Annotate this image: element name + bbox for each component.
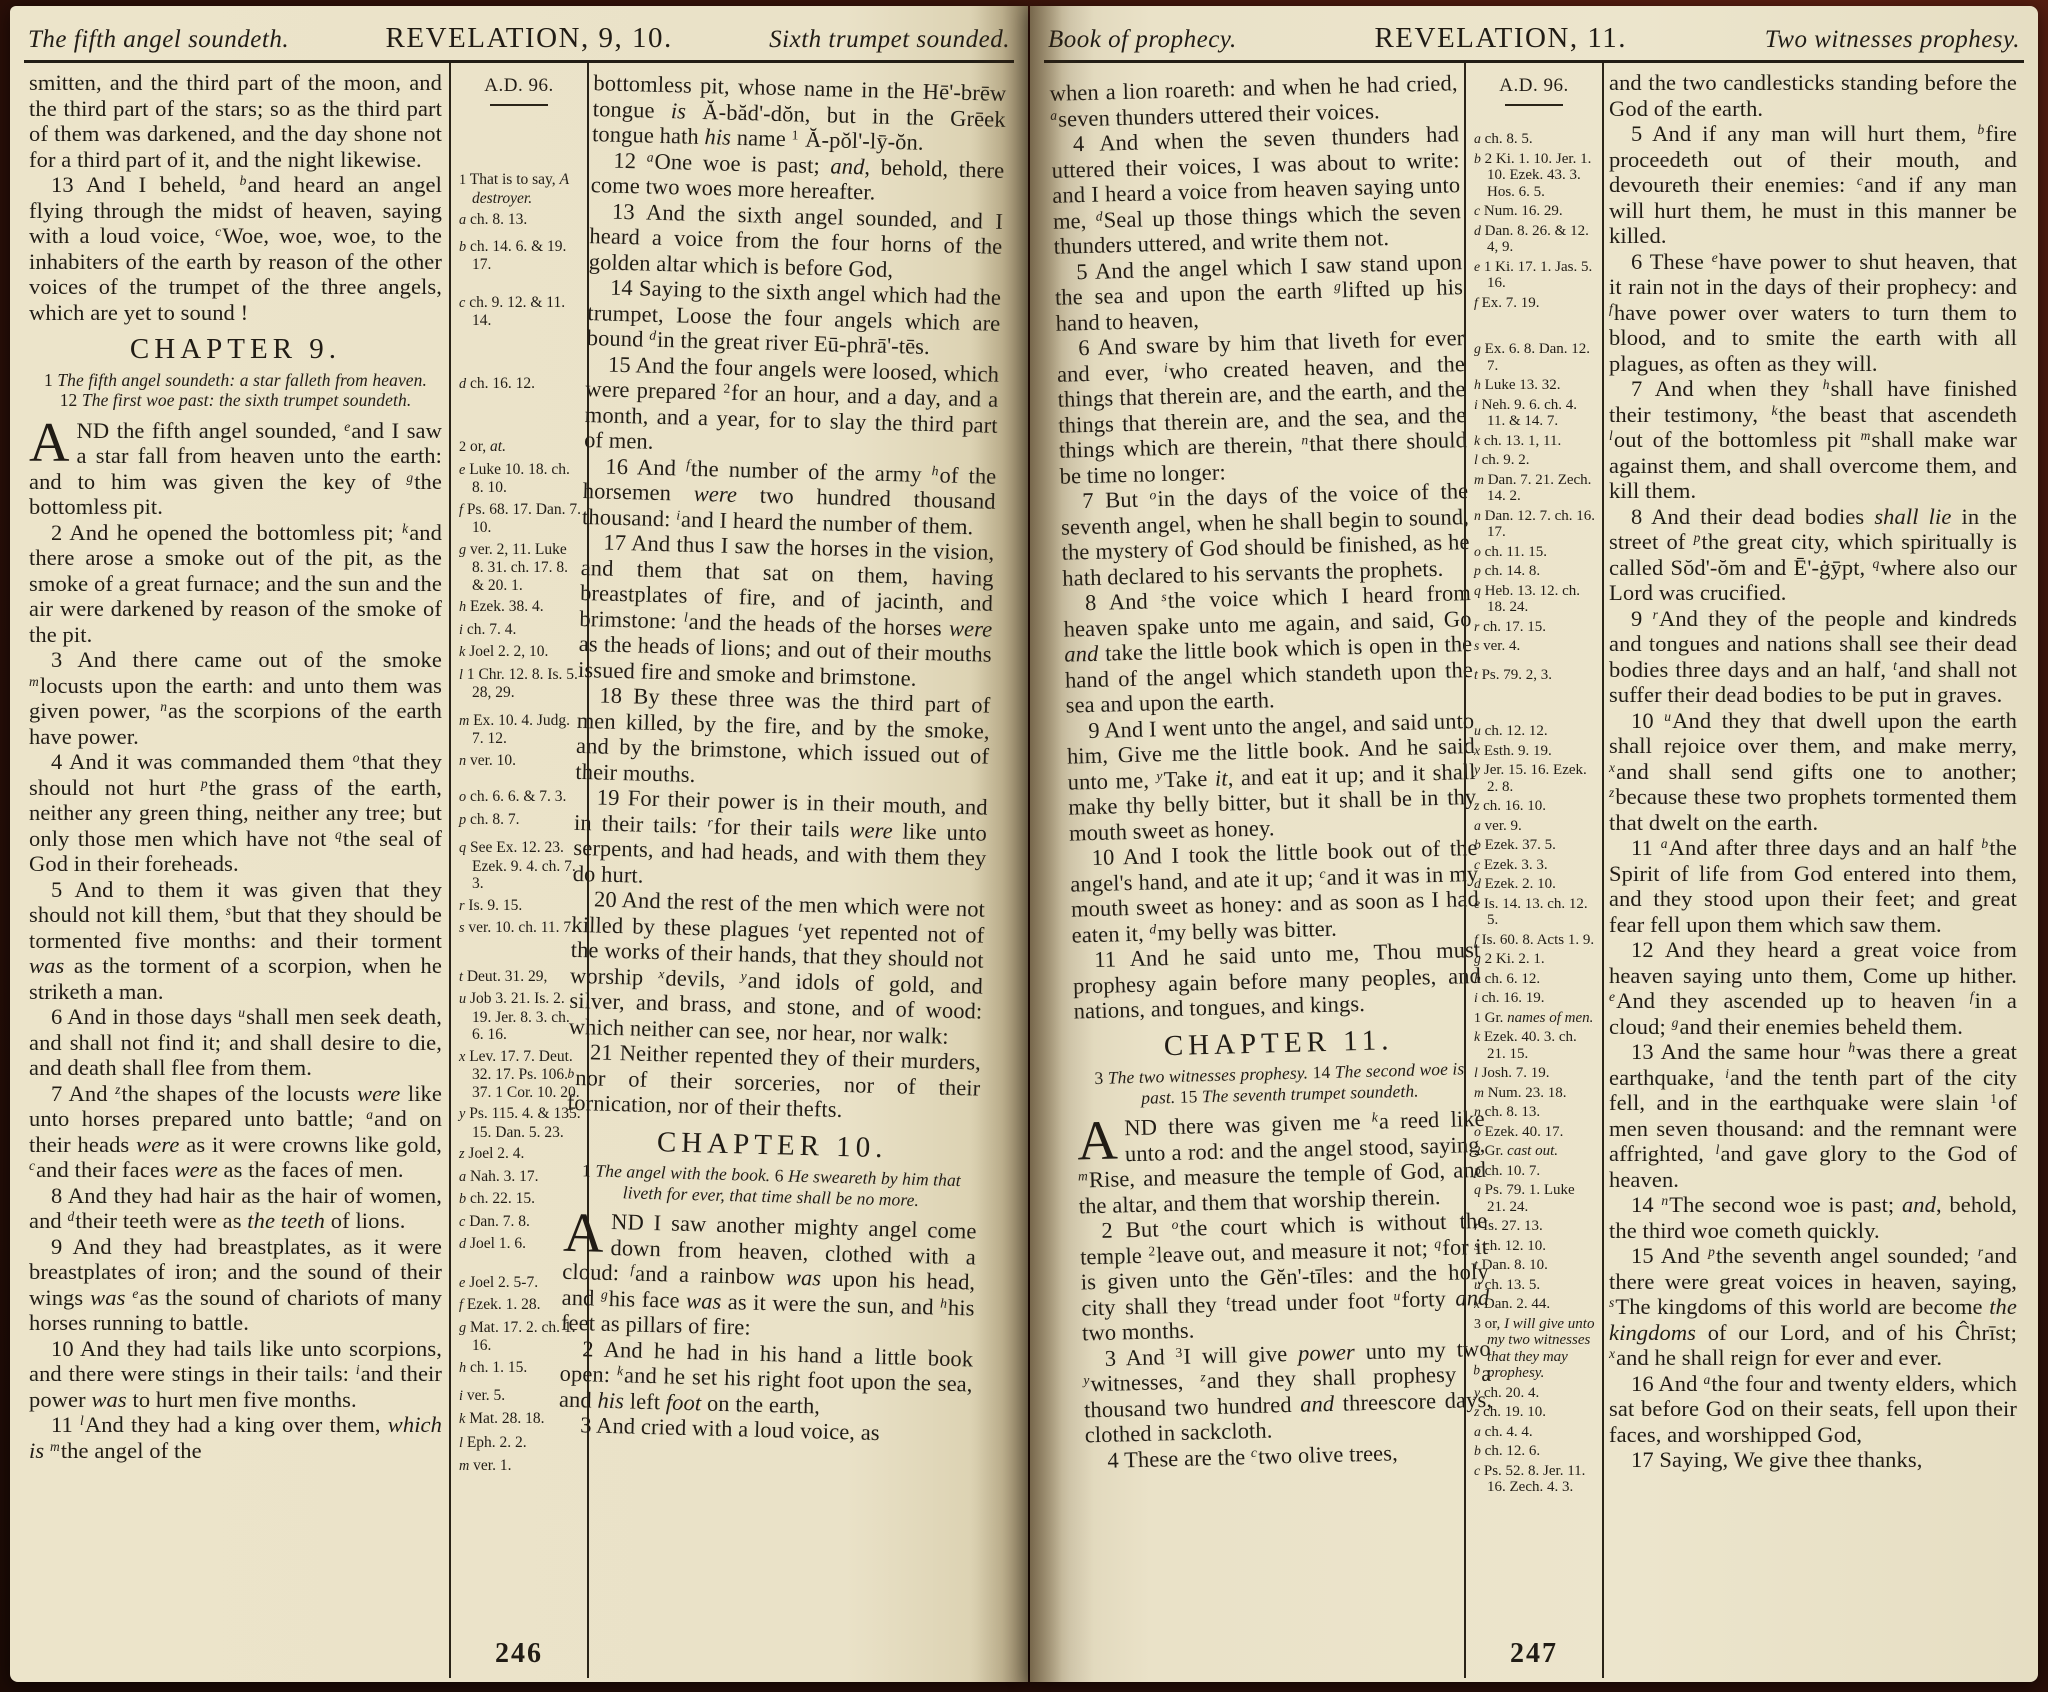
margin-note: m Dan. 7. 21. Zech. 14. 2. bbox=[1474, 472, 1596, 505]
verse-paragraph: 20 And the rest of the men which were no… bbox=[568, 886, 985, 1050]
margin-note: d Dan. 8. 26. & 12. 4, 9. bbox=[1474, 223, 1596, 256]
verse-paragraph: 11 And he said unto me, Thou must prophe… bbox=[1072, 937, 1482, 1024]
right-page-text-column-1: when a lion roareth: and when he had cri… bbox=[1044, 63, 1506, 1678]
note-key: c bbox=[1474, 203, 1480, 218]
verse-paragraph: 12 And they heard a great voice from hea… bbox=[1609, 937, 2017, 1039]
margin-note: k Ezek. 40. 3. ch. 21. 15. bbox=[1474, 1029, 1596, 1062]
note-key: z bbox=[1474, 798, 1479, 813]
cross-ref-mark: i bbox=[676, 507, 680, 522]
note-key: r bbox=[1474, 619, 1479, 634]
cross-ref-mark: n bbox=[1661, 1193, 1668, 1208]
margin-note: p ch. 10. 7. bbox=[1474, 1163, 1596, 1180]
margin-note: f Is. 60. 8. Acts 1. 9. bbox=[1474, 932, 1596, 949]
margin-note: l ch. 9. 2. bbox=[1474, 452, 1596, 469]
note-key: f bbox=[1474, 295, 1478, 310]
margin-note: o ch. 11. 15. bbox=[1474, 544, 1596, 561]
margin-note: 2 Gr. cast out. bbox=[1474, 1143, 1596, 1160]
right-page-reference-column: A.D. 96. a ch. 8. 5.b 2 Ki. 1. 10. Jer. … bbox=[1464, 63, 1604, 1678]
verse-paragraph: 2 But othe court which is without the te… bbox=[1079, 1208, 1490, 1346]
note-key: p bbox=[459, 812, 466, 828]
margin-note: s ver. 4. bbox=[1474, 638, 1596, 655]
cross-ref-mark: c bbox=[1251, 1444, 1257, 1459]
verse-paragraph: 13 And the sixth angel sounded, and I he… bbox=[588, 198, 1003, 285]
cross-ref-mark: b bbox=[240, 173, 247, 188]
cross-ref-mark: e bbox=[1712, 250, 1718, 265]
note-key: o bbox=[1474, 544, 1481, 559]
cross-ref-mark: t bbox=[1893, 658, 1897, 673]
cross-ref-mark: a bbox=[1703, 1372, 1710, 1387]
margin-note: u ch. 13. 5. bbox=[1474, 1277, 1596, 1294]
note-key: 3 bbox=[1474, 1316, 1481, 1331]
verse-paragraph: 18 By these three was the third part of … bbox=[575, 682, 991, 795]
drop-cap: A bbox=[29, 418, 77, 465]
cross-ref-mark: l bbox=[1609, 428, 1613, 443]
cross-ref-mark: f bbox=[1609, 301, 1613, 316]
margin-note: g Ex. 6. 8. Dan. 12. 7. bbox=[1474, 341, 1596, 374]
cross-ref-mark: h bbox=[1848, 1040, 1855, 1055]
cross-ref-mark: o bbox=[1149, 487, 1156, 502]
verse-paragraph: 11 lAnd they had a king over them, which… bbox=[29, 1412, 442, 1463]
footnote-mark: 2 bbox=[1148, 1243, 1155, 1258]
cross-ref-mark: s bbox=[226, 903, 231, 918]
note-key: l bbox=[1474, 1065, 1478, 1080]
cross-ref-mark: k bbox=[617, 1363, 623, 1378]
cross-ref-mark: q bbox=[1872, 556, 1879, 571]
verse-paragraph: 13 And I beheld, band heard an angel fly… bbox=[29, 172, 442, 325]
cross-ref-mark: f bbox=[630, 1262, 634, 1277]
note-key: d bbox=[1474, 223, 1481, 238]
note-key: y bbox=[459, 1106, 465, 1122]
cross-ref-mark: m bbox=[1078, 1168, 1088, 1183]
verse-paragraph: 5 And to them it was given that they sho… bbox=[29, 877, 442, 1005]
page-right: Book of prophecy. REVELATION, 11. Two wi… bbox=[1030, 6, 2038, 1682]
chapter-heading: CHAPTER 10. bbox=[565, 1127, 979, 1163]
note-key: t bbox=[1474, 1257, 1478, 1272]
margin-note: i Neh. 9. 6. ch. 4. 11. & 14. 7. bbox=[1474, 397, 1596, 430]
note-key: h bbox=[459, 1360, 466, 1376]
running-head-book-title: REVELATION, 9, 10. bbox=[386, 22, 673, 55]
note-key: d bbox=[459, 376, 466, 392]
note-key: a bbox=[1474, 1424, 1481, 1439]
note-key: i bbox=[459, 622, 463, 638]
margin-note: b 2 Ki. 1. 10. Jer. 1. 10. Ezek. 43. 3. … bbox=[1474, 151, 1596, 201]
cross-ref-mark: t bbox=[1226, 1292, 1230, 1307]
margin-note: g 2 Ki. 2. 1. bbox=[1474, 951, 1596, 968]
cross-ref-mark: e bbox=[1609, 989, 1615, 1004]
note-key: y bbox=[1474, 1385, 1480, 1400]
verse-paragraph: 3 And there came out of the smoke mlocus… bbox=[29, 647, 442, 749]
running-head-summary-right: Sixth trumpet sounded. bbox=[769, 26, 1010, 54]
margin-note: y Jer. 15. 16. Ezek. 2. 8. bbox=[1474, 762, 1596, 795]
margin-note: i ch. 16. 19. bbox=[1474, 990, 1596, 1007]
date-heading-rule bbox=[490, 104, 548, 106]
note-key: m bbox=[459, 713, 469, 729]
cross-ref-mark: f bbox=[686, 456, 690, 471]
margin-note: b Ezek. 37. 5. bbox=[1474, 837, 1596, 854]
note-key: x bbox=[1474, 743, 1480, 758]
margin-note: s ver. 10. ch. 11. 7. bbox=[459, 919, 581, 938]
margin-note: c Num. 16. 29. bbox=[1474, 203, 1596, 220]
cross-ref-mark: x bbox=[658, 966, 664, 981]
date-heading: A.D. 96. bbox=[451, 63, 587, 97]
margin-note: r ch. 17. 15. bbox=[1474, 619, 1596, 636]
note-key: g bbox=[459, 542, 466, 558]
continuation-paragraph: smitten, and the third part of the moon,… bbox=[29, 70, 442, 172]
cross-ref-mark: p bbox=[1694, 530, 1701, 545]
cross-ref-mark: y bbox=[1156, 768, 1162, 783]
verse-paragraph: 9 And I went unto the angel, and said un… bbox=[1066, 707, 1477, 845]
cross-ref-mark: b bbox=[1978, 122, 1985, 137]
margin-note: o ch. 6. 6. & 7. 3. bbox=[459, 788, 581, 807]
note-key: s bbox=[1474, 638, 1479, 653]
cross-ref-mark: a bbox=[1050, 107, 1057, 122]
margin-note: p ch. 8. 7. bbox=[459, 811, 581, 830]
cross-ref-mark: k bbox=[402, 521, 408, 536]
margin-note: 3 or, I will give unto my two witnesses … bbox=[1474, 1316, 1596, 1382]
cross-ref-mark: r bbox=[1653, 607, 1658, 622]
verse-paragraph: 21 Neither repented they of their murder… bbox=[566, 1039, 981, 1126]
chapter-heading: CHAPTER 11. bbox=[1074, 1025, 1483, 1061]
verse-paragraph: 10 uAnd they that dwell upon the earth s… bbox=[1609, 708, 2017, 836]
cross-ref-mark: s bbox=[1161, 589, 1167, 604]
margin-note: a ch. 8. 13. bbox=[459, 211, 581, 230]
note-key: g bbox=[459, 1320, 466, 1336]
cross-ref-mark: x bbox=[1609, 1346, 1615, 1361]
margin-note: q See Ex. 12. 23. Ezek. 9. 4. ch. 7. 3. bbox=[459, 839, 581, 893]
note-key: e bbox=[459, 1275, 465, 1291]
cross-ref-mark: k bbox=[1372, 1110, 1378, 1125]
cross-ref-mark: c bbox=[1857, 173, 1863, 188]
margin-note: h ch. 6. 12. bbox=[1474, 971, 1596, 988]
note-key: a bbox=[1474, 818, 1481, 833]
note-key: f bbox=[459, 1297, 463, 1313]
verse-paragraph: 2 And he had in his hand a little book o… bbox=[559, 1335, 974, 1422]
margin-note: t Dan. 8. 10. bbox=[1474, 1257, 1596, 1274]
note-key: h bbox=[1474, 377, 1481, 392]
cross-ref-mark: o bbox=[353, 750, 360, 765]
margin-note: c Ezek. 3. 3. bbox=[1474, 857, 1596, 874]
margin-note: c ch. 9. 12. & 11. 14. bbox=[459, 294, 581, 330]
cross-ref-mark: p bbox=[201, 776, 208, 791]
note-key: q bbox=[459, 840, 466, 856]
margin-note: d ch. 16. 12. bbox=[459, 375, 581, 394]
cross-ref-mark: l bbox=[1716, 1142, 1720, 1157]
note-key: m bbox=[1474, 1085, 1484, 1100]
note-key: r bbox=[1474, 1218, 1479, 1233]
cross-ref-mark: z bbox=[115, 1082, 120, 1097]
note-key: b bbox=[459, 239, 466, 255]
margin-notes-list: a ch. 8. 5.b 2 Ki. 1. 10. Jer. 1. 10. Ez… bbox=[1466, 125, 1602, 1632]
margin-note: 1 Gr. names of men. bbox=[1474, 1010, 1596, 1027]
note-key: k bbox=[459, 644, 465, 660]
note-key: u bbox=[459, 991, 466, 1007]
note-key: p bbox=[1474, 1163, 1481, 1178]
note-key: o bbox=[459, 789, 466, 805]
cross-ref-mark: g bbox=[406, 470, 413, 485]
open-bible-book: The fifth angel soundeth. REVELATION, 9,… bbox=[0, 0, 2048, 1692]
verse-paragraph: 4 And when the seven thunders had uttere… bbox=[1051, 121, 1462, 259]
note-key: b bbox=[1474, 1443, 1481, 1458]
cross-ref-mark: d bbox=[649, 328, 656, 343]
verse-paragraph: 9 And they had breastplates, as it were … bbox=[29, 1234, 442, 1336]
cross-ref-mark: z bbox=[1200, 1369, 1206, 1384]
verse-paragraph: 10 And they had tails like unto scorpion… bbox=[29, 1336, 442, 1413]
running-head-book-title: REVELATION, 11. bbox=[1374, 22, 1627, 55]
note-key: l bbox=[459, 667, 463, 683]
margin-note: f Ex. 7. 19. bbox=[1474, 295, 1596, 312]
chapter-summary: 1 The angel with the book. 6 He sweareth… bbox=[574, 1160, 968, 1211]
margin-note: e Is. 14. 13. ch. 12. 5. bbox=[1474, 896, 1596, 929]
verse-paragraph: 6 And sware by him that liveth for ever … bbox=[1056, 325, 1468, 489]
note-key: e bbox=[459, 462, 465, 478]
note-key: c bbox=[459, 295, 465, 311]
verse-paragraph: 14 nThe second woe is past; and, behold,… bbox=[1609, 1192, 2017, 1243]
margin-note: m Num. 23. 18. bbox=[1474, 1085, 1596, 1102]
margin-note: k Joel 2. 2, 10. bbox=[459, 643, 581, 662]
margin-note: b ch. 12. 6. bbox=[1474, 1443, 1596, 1460]
margin-note: i ch. 7. 4. bbox=[459, 621, 581, 640]
cross-ref-mark: n bbox=[160, 699, 167, 714]
date-heading: A.D. 96. bbox=[1466, 63, 1602, 97]
note-key: c bbox=[459, 1214, 465, 1230]
note-key: m bbox=[1474, 472, 1484, 487]
margin-note: q Ps. 79. 1. Luke 21. 24. bbox=[1474, 1182, 1596, 1215]
margin-note: u ch. 12. 12. bbox=[1474, 723, 1596, 740]
margin-note: r Is. 9. 15. bbox=[459, 897, 581, 916]
running-head-summary-left: Book of prophecy. bbox=[1048, 26, 1237, 54]
cross-ref-mark: l bbox=[684, 609, 688, 624]
note-key: o bbox=[1474, 1124, 1481, 1139]
margin-note: e 1 Ki. 17. 1. Jas. 5. 16. bbox=[1474, 259, 1596, 292]
cross-ref-mark: k bbox=[1771, 403, 1777, 418]
margin-note: h Luke 13. 32. bbox=[1474, 377, 1596, 394]
note-key: b bbox=[1474, 837, 1481, 852]
cross-ref-mark: m bbox=[1861, 428, 1871, 443]
margin-note: t Deut. 31. 29, bbox=[459, 968, 581, 987]
verse-paragraph: 19 For their power is in their mouth, an… bbox=[572, 784, 988, 897]
cross-ref-mark: c bbox=[29, 1158, 35, 1173]
cross-ref-mark: r bbox=[707, 814, 713, 829]
margin-note: f Ps. 68. 17. Dan. 7. 10. bbox=[459, 501, 581, 537]
cross-ref-mark: e bbox=[132, 1286, 138, 1301]
note-key: 2 bbox=[1474, 1143, 1481, 1158]
verse-paragraph: 6 These ehave power to shut heaven, that… bbox=[1609, 249, 2017, 377]
cross-ref-mark: f bbox=[1970, 989, 1974, 1004]
note-key: 1 bbox=[459, 172, 466, 188]
margin-note: 2 or, at. bbox=[459, 438, 581, 457]
note-key: b bbox=[1474, 151, 1481, 166]
note-key: k bbox=[459, 1411, 465, 1427]
margin-note: l Josh. 7. 19. bbox=[1474, 1065, 1596, 1082]
note-key: t bbox=[1474, 667, 1478, 682]
note-key: k bbox=[1474, 1029, 1480, 1044]
page-left: The fifth angel soundeth. REVELATION, 9,… bbox=[10, 6, 1028, 1682]
cross-ref-mark: a bbox=[366, 1107, 373, 1122]
margin-note: a ver. 9. bbox=[1474, 818, 1596, 835]
margin-note: a ch. 4. 4. bbox=[1474, 1424, 1596, 1441]
note-key: l bbox=[459, 1435, 463, 1451]
verse-paragraph: 14 Saying to the sixth angel which had t… bbox=[586, 274, 1001, 361]
footnote-mark: 3 bbox=[1175, 1344, 1182, 1359]
cross-ref-mark: d bbox=[1096, 208, 1103, 223]
continuation-paragraph: and the two candlesticks standing before… bbox=[1609, 70, 2017, 121]
margin-note: 1 That is to say, A destroyer. bbox=[459, 171, 581, 207]
note-key: s bbox=[459, 920, 465, 936]
cross-ref-mark: h bbox=[940, 1295, 947, 1310]
margin-note: l 1 Chr. 12. 8. Is. 5. 28, 29. bbox=[459, 666, 581, 702]
chapter-heading: CHAPTER 9. bbox=[29, 337, 442, 363]
note-key: x bbox=[1474, 1296, 1480, 1311]
verse-paragraph: 6 And in those days ushall men seek deat… bbox=[29, 1004, 442, 1081]
cross-ref-mark: i bbox=[1725, 1066, 1729, 1081]
cross-ref-mark: q bbox=[1434, 1236, 1441, 1251]
margin-note: x Dan. 2. 44. bbox=[1474, 1296, 1596, 1313]
note-key: u bbox=[1474, 723, 1481, 738]
margin-note: h Ezek. 38. 4. bbox=[459, 598, 581, 617]
cross-ref-mark: n bbox=[1301, 432, 1308, 447]
verse-paragraph: 7 And when they hshall have finished the… bbox=[1609, 376, 2017, 504]
verse-paragraph: 15 And pthe seventh angel sounded; rand … bbox=[1609, 1243, 2017, 1371]
margin-note: n Dan. 12. 7. ch. 16. 17. bbox=[1474, 508, 1596, 541]
cross-ref-mark: g bbox=[601, 1286, 608, 1301]
chapter-summary: 1 The fifth angel soundeth: a star falle… bbox=[39, 370, 432, 411]
chapter-summary: 3 The two witnesses prophesy. 14 The sec… bbox=[1085, 1058, 1474, 1109]
running-header-right-page: Book of prophecy. REVELATION, 11. Two wi… bbox=[1044, 14, 2024, 60]
note-key: z bbox=[1474, 1404, 1479, 1419]
note-key: h bbox=[1474, 971, 1481, 986]
verse-paragraph: 3 And 3I will give power unto my two ywi… bbox=[1082, 1335, 1493, 1448]
page-number: 247 bbox=[1466, 1638, 1602, 1670]
note-key: n bbox=[459, 753, 466, 769]
note-key: a bbox=[459, 1169, 466, 1185]
note-key: z bbox=[459, 1146, 465, 1162]
verse-paragraph: 7 And zthe shapes of the locusts were li… bbox=[29, 1081, 442, 1183]
cross-ref-mark: a bbox=[1661, 836, 1668, 851]
verse-paragraph: 4 And it was commanded them othat they s… bbox=[29, 749, 442, 877]
margin-note: c Ps. 52. 8. Jer. 11. 16. Zech. 4. 3. bbox=[1474, 1463, 1596, 1496]
margin-note: n ch. 8. 13. bbox=[1474, 1104, 1596, 1121]
verse-paragraph: 10 And I took the little book out of the… bbox=[1069, 835, 1480, 948]
note-key: i bbox=[1474, 397, 1478, 412]
note-key: g bbox=[1474, 341, 1481, 356]
drop-cap: A bbox=[1076, 1115, 1125, 1163]
left-page-text-column-2: bottomless pit, whose name in the Hē'-br… bbox=[547, 63, 1014, 1678]
cross-ref-mark: r bbox=[1978, 1244, 1983, 1259]
cross-ref-mark: l bbox=[80, 1413, 84, 1428]
verse-paragraph: 13 And the same hour hwas there a great … bbox=[1609, 1039, 2017, 1192]
verse-paragraph: 9 rAnd they of the people and kindreds a… bbox=[1609, 606, 2017, 708]
cross-ref-mark: y bbox=[741, 968, 747, 983]
date-heading-rule bbox=[1505, 104, 1563, 106]
verse-paragraph: 16 And fthe number of the army hof the h… bbox=[582, 452, 997, 539]
cross-ref-mark: h bbox=[1823, 377, 1830, 392]
cross-ref-mark: t bbox=[798, 918, 802, 933]
drop-cap: A bbox=[563, 1208, 612, 1256]
cross-ref-mark: i bbox=[1164, 359, 1168, 374]
cross-ref-mark: y bbox=[1083, 1372, 1089, 1387]
margin-note: b ch. 14. 6. & 19. 17. bbox=[459, 238, 581, 274]
running-head-summary-right: Two witnesses prophesy. bbox=[1765, 26, 2020, 54]
note-key: f bbox=[459, 502, 463, 518]
verse-paragraph: 5 And the angel which I saw stand upon t… bbox=[1054, 249, 1464, 336]
note-key: x bbox=[459, 1049, 465, 1065]
cross-ref-mark: x bbox=[1609, 760, 1615, 775]
note-key: d bbox=[459, 1236, 466, 1252]
margin-note: t Ps. 79. 2, 3. bbox=[1474, 667, 1596, 684]
note-key: n bbox=[1474, 508, 1481, 523]
cross-ref-mark: g bbox=[1672, 1015, 1679, 1030]
cross-ref-mark: s bbox=[1609, 1295, 1614, 1310]
cross-ref-mark: u bbox=[1664, 709, 1671, 724]
note-key: i bbox=[459, 1388, 463, 1404]
note-key: 1 bbox=[1474, 1010, 1481, 1025]
margin-note: a ch. 8. 5. bbox=[1474, 131, 1596, 148]
note-key: e bbox=[1474, 896, 1480, 911]
note-key: s bbox=[1474, 1238, 1479, 1253]
note-key: b bbox=[459, 1191, 466, 1207]
verse-paragraph: 8 And they had hair as the hair of women… bbox=[29, 1183, 442, 1234]
note-key: a bbox=[1474, 131, 1481, 146]
cross-ref-mark: c bbox=[215, 224, 221, 239]
note-key: c bbox=[1474, 1463, 1480, 1478]
cross-ref-mark: m bbox=[29, 674, 39, 689]
running-head-summary-left: The fifth angel soundeth. bbox=[28, 26, 289, 54]
note-key: h bbox=[459, 599, 466, 615]
cross-ref-mark: z bbox=[1609, 785, 1614, 800]
note-key: q bbox=[1474, 583, 1481, 598]
left-page-text-column-1: smitten, and the third part of the moon,… bbox=[24, 63, 449, 1678]
margin-note: m Ex. 10. 4. Judg. 7. 12. bbox=[459, 712, 581, 748]
footnote-mark: 2 bbox=[723, 381, 730, 396]
note-key: y bbox=[1474, 762, 1480, 777]
note-key: k bbox=[1474, 433, 1480, 448]
cross-ref-mark: d bbox=[1149, 921, 1156, 936]
margin-note: q Heb. 13. 12. ch. 18. 24. bbox=[1474, 583, 1596, 616]
margin-note: g ver. 2, 11. Luke 8. 31. ch. 17. 8. & 2… bbox=[459, 541, 581, 595]
verse-paragraph: 17 And thus I saw the horses in the visi… bbox=[578, 529, 995, 693]
margin-note: e Luke 10. 18. ch. 8. 10. bbox=[459, 461, 581, 497]
cross-ref-mark: a bbox=[647, 149, 654, 164]
note-key: 2 bbox=[459, 439, 466, 455]
cross-ref-mark: q bbox=[335, 827, 342, 842]
cross-ref-mark: g bbox=[1334, 278, 1341, 293]
note-key: a bbox=[459, 212, 466, 228]
drop-cap-paragraph: AND the fifth angel sounded, eand I saw … bbox=[29, 418, 442, 520]
margin-note: d Ezek. 2. 10. bbox=[1474, 876, 1596, 893]
note-key: g bbox=[1474, 951, 1481, 966]
cross-ref-mark: b bbox=[567, 1065, 574, 1080]
margin-note: x Esth. 9. 19. bbox=[1474, 743, 1596, 760]
margin-note: z ch. 16. 10. bbox=[1474, 798, 1596, 815]
cross-ref-mark: p bbox=[1708, 1244, 1715, 1259]
margin-note: n ver. 10. bbox=[459, 752, 581, 771]
verse-paragraph: 8 And sthe voice which I heard from heav… bbox=[1063, 580, 1474, 718]
margin-note: y ch. 20. 4. bbox=[1474, 1385, 1596, 1402]
verse-paragraph: 7 But oin the days of the voice of the s… bbox=[1060, 478, 1471, 591]
drop-cap-paragraph: AND there was given me ka reed like unto… bbox=[1076, 1106, 1487, 1219]
margin-note: z ch. 19. 10. bbox=[1474, 1404, 1596, 1421]
running-header-left-page: The fifth angel soundeth. REVELATION, 9,… bbox=[24, 14, 1014, 60]
verse-paragraph: 11 aAnd after three days and an half bth… bbox=[1609, 835, 2017, 937]
drop-cap-paragraph: AND I saw another mighty angel come down… bbox=[561, 1208, 977, 1346]
verse-paragraph: 16 And athe four and twenty elders, whic… bbox=[1609, 1371, 2017, 1448]
note-key: i bbox=[1474, 990, 1478, 1005]
verse-paragraph: 5 And if any man will hurt them, bfire p… bbox=[1609, 121, 2017, 249]
margin-note: o Ezek. 40. 17. bbox=[1474, 1124, 1596, 1141]
note-key: u bbox=[1474, 1277, 1481, 1292]
note-key: r bbox=[459, 898, 465, 914]
margin-note: s ch. 12. 10. bbox=[1474, 1238, 1596, 1255]
